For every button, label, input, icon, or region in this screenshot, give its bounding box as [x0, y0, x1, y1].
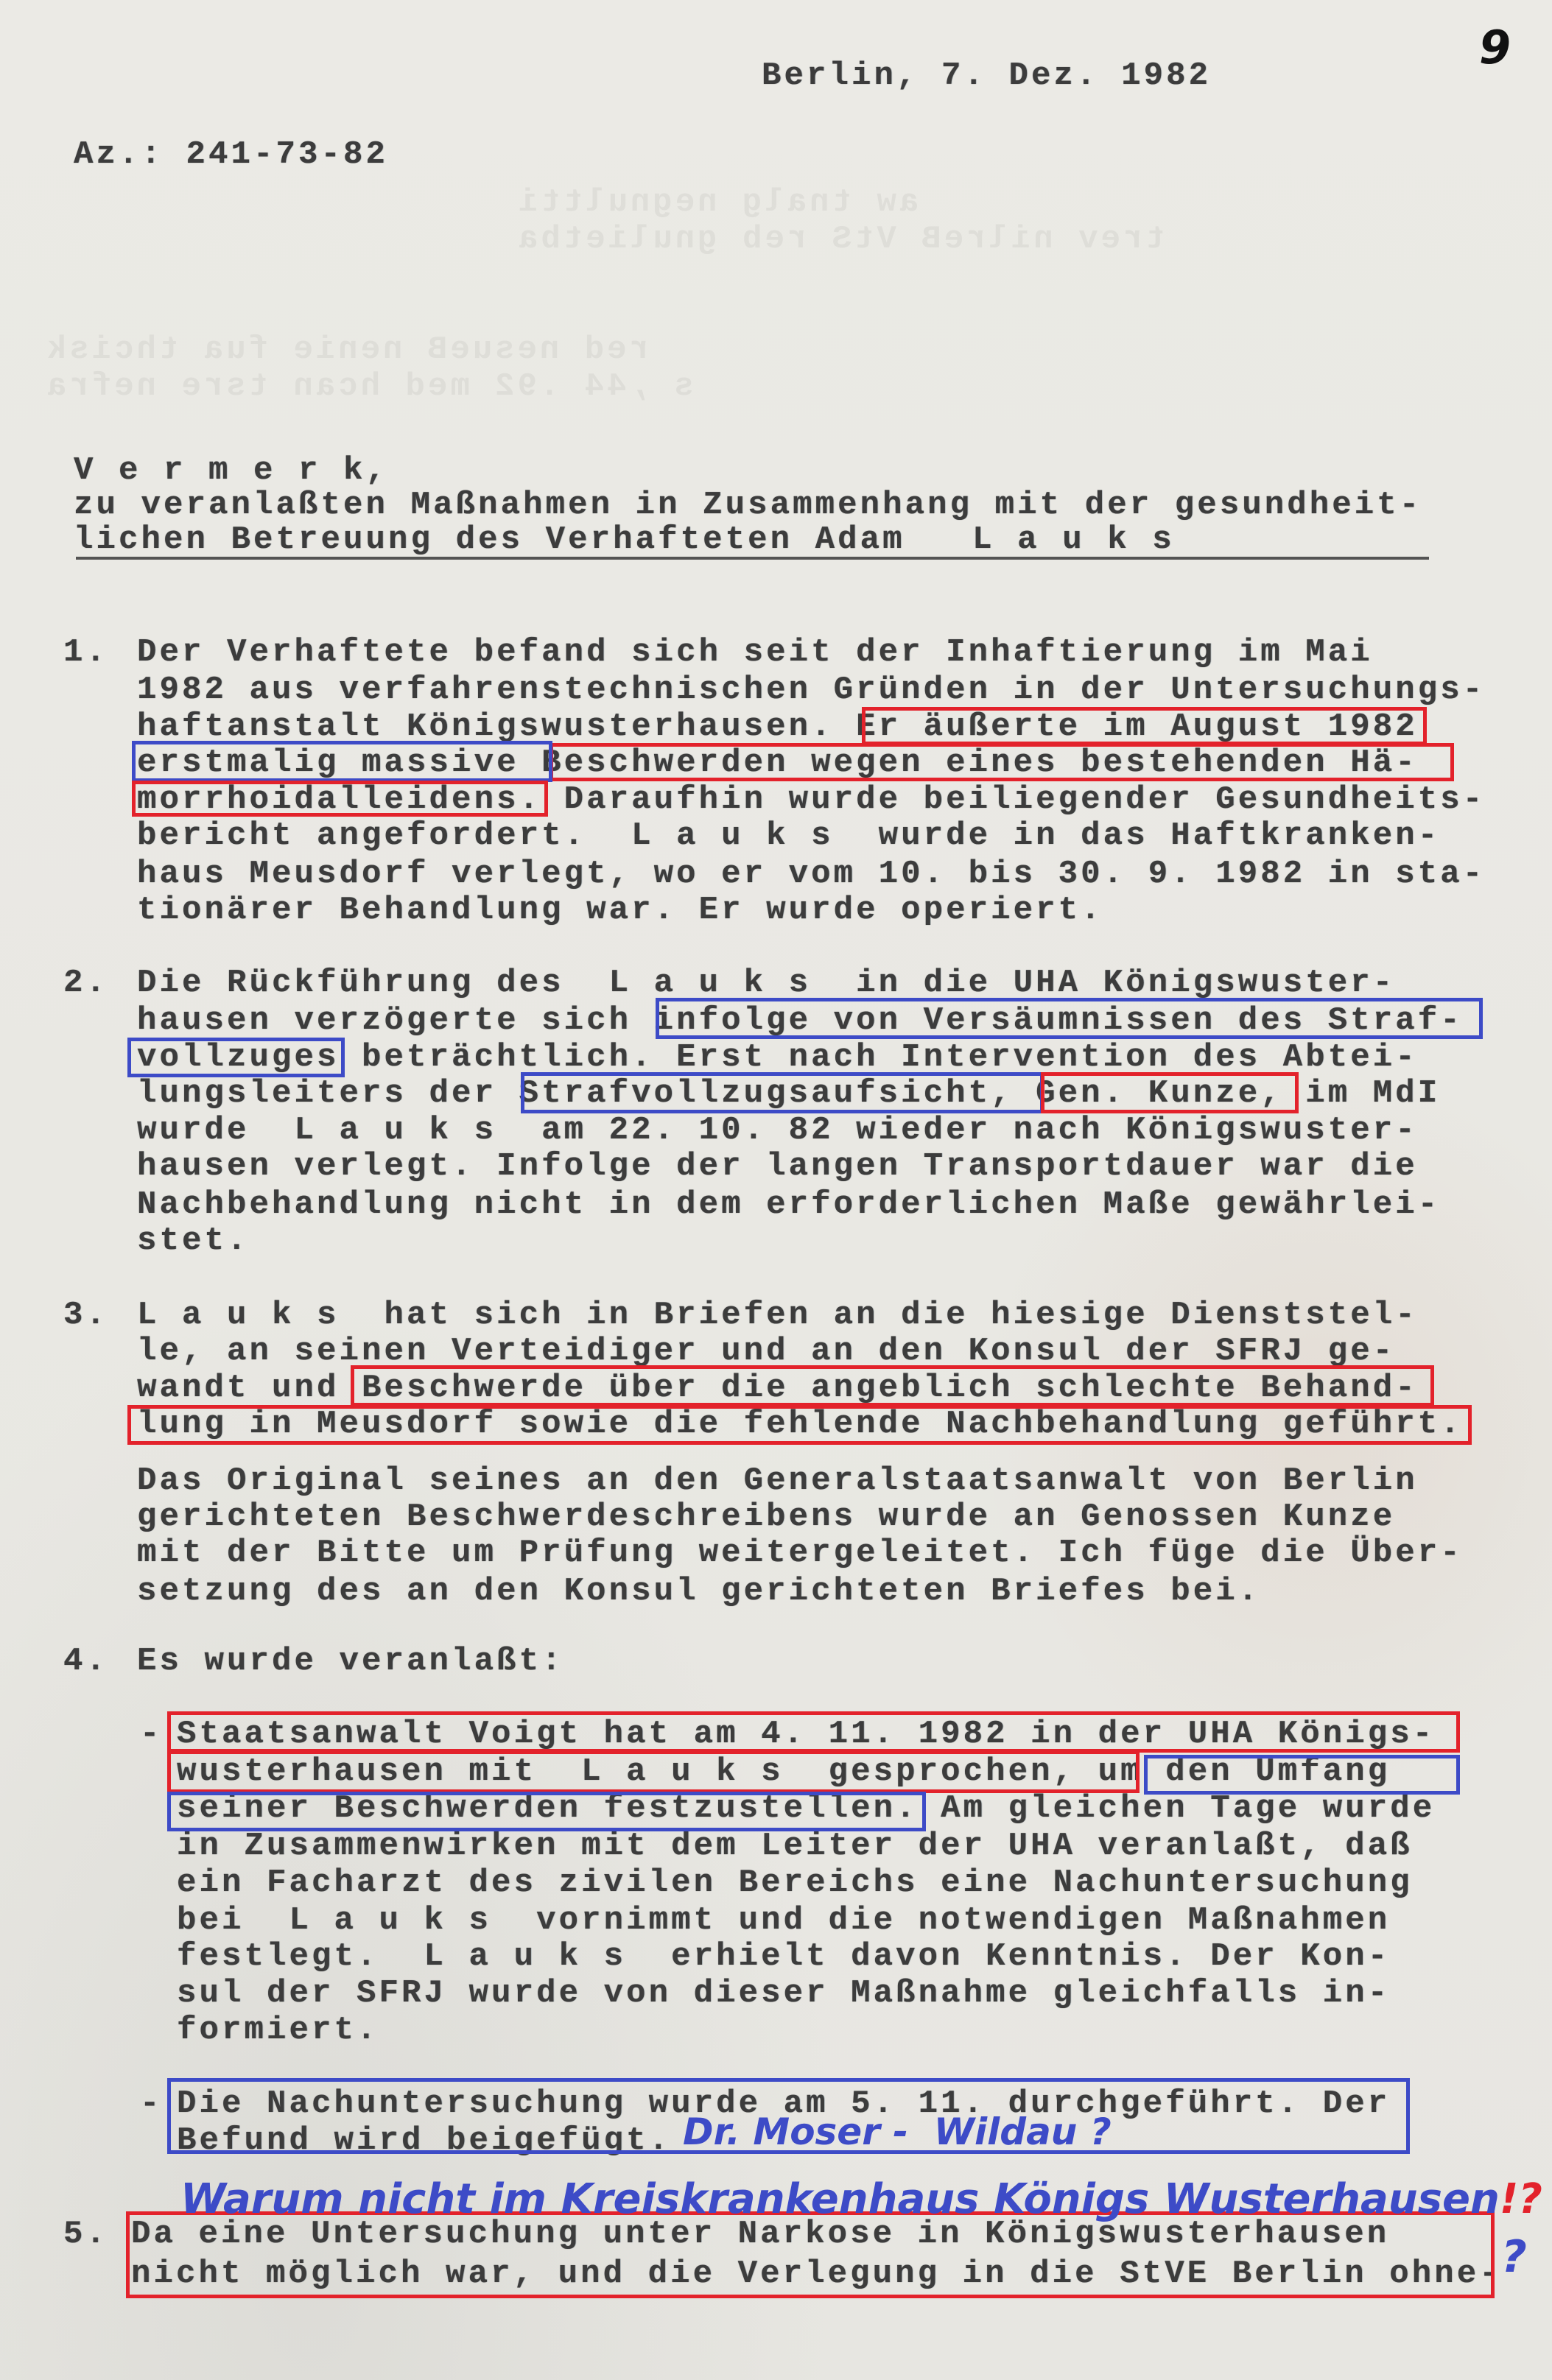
section-3-continuation-line: mit der Bitte um Prüfung weitergeleitet.… — [137, 1535, 1463, 1571]
bleed-through-text: aw tnalg negnultti — [516, 184, 919, 221]
highlight-box-blue — [167, 1792, 926, 1831]
annotation-question: Warum nicht im Kreiskrankenhaus Königs W… — [175, 2162, 1542, 2223]
annotation-question-mark: ? — [1518, 2175, 1542, 2223]
section-2-line: Nachbehandlung nicht in dem erforderlich… — [137, 1186, 1440, 1223]
document-subtitle-line: lichen Betreuung des Verhafteten Adam L … — [74, 521, 1175, 558]
highlight-box-red — [549, 743, 1454, 781]
page-number: 9 — [1479, 21, 1511, 74]
highlight-box-red — [167, 1711, 1460, 1753]
section-3-continuation-line: setzung des an den Konsul gerichteten Br… — [137, 1573, 1260, 1610]
bleed-through-text: red nesueB nenie fua thcisk — [44, 331, 649, 368]
section-number: 1. — [63, 634, 108, 671]
document-heading: V e r m e r k, — [74, 452, 388, 489]
section-1-line: 1982 aus verfahrenstechnischen Gründen i… — [137, 672, 1485, 708]
bullet-marker: - — [140, 2085, 163, 2122]
section-3-continuation-line: gerichteten Beschwerdeschreibens wurde a… — [137, 1499, 1395, 1535]
document-date: Berlin, 7. Dez. 1982 — [762, 57, 1211, 94]
section-number: 4. — [63, 1643, 108, 1680]
highlight-box-blue — [1144, 1755, 1460, 1795]
section-number: 3. — [63, 1297, 108, 1334]
section-4-bullet-1-line: ein Facharzt des zivilen Bereichs eine N… — [177, 1865, 1413, 1901]
section-1-line: haus Meusdorf verlegt, wo er vom 10. bis… — [137, 856, 1485, 892]
section-2-line: hausen verlegt. Infolge der langen Trans… — [137, 1148, 1418, 1185]
section-3-continuation-line: Das Original seines an den Generalstaats… — [137, 1462, 1418, 1499]
section-1-line: Der Verhaftete befand sich seit der Inha… — [137, 634, 1373, 671]
section-2-line: stet. — [137, 1222, 250, 1259]
highlight-box-red — [167, 1750, 1140, 1793]
section-2-line: Die Rückführung des L a u k s in die UHA… — [137, 965, 1395, 1001]
highlight-box-blue — [132, 741, 552, 782]
highlight-box-red — [127, 1405, 1472, 1445]
highlight-box-red — [126, 2211, 1495, 2298]
bleed-through-text: s ,44 .92 med hcan tsre nefra — [44, 368, 694, 405]
annotation-exclamation: ! — [1500, 2175, 1519, 2223]
section-number: 2. — [63, 965, 108, 1001]
section-4-bullet-1-line: bei L a u k s vornimmt und die notwendig… — [177, 1902, 1390, 1939]
section-number: 5. — [63, 2216, 108, 2253]
section-4-bullet-1-line: in Zusammenwirken mit dem Leiter der UHA… — [177, 1828, 1413, 1865]
highlight-box-red — [351, 1365, 1434, 1406]
annotation-side-question-mark: ? — [1501, 2231, 1527, 2283]
section-4-bullet-1-line: sul der SFRJ wurde von dieser Maßnahme g… — [177, 1975, 1390, 2012]
section-1-line: bericht angefordert. L a u k s wurde in … — [137, 817, 1440, 854]
title-underline — [76, 557, 1429, 560]
annotation-doctor: Dr. Moser - Wildau ? — [683, 2110, 1112, 2153]
bullet-marker: - — [140, 1716, 163, 1753]
section-4-bullet-1-line: festlegt. L a u k s erhielt davon Kenntn… — [177, 1938, 1390, 1975]
highlight-box-red — [862, 707, 1427, 745]
section-2-line: wurde L a u k s am 22. 10. 82 wieder nac… — [137, 1112, 1418, 1149]
bleed-through-text: trev nilreB VtS reb gnulietba — [516, 221, 1165, 258]
highlight-box-red — [1041, 1072, 1299, 1113]
reference-number: Az.: 241-73-82 — [74, 136, 388, 173]
section-4-heading: Es wurde veranlaßt: — [137, 1643, 564, 1680]
highlight-box-red — [132, 781, 548, 817]
section-1-line: tionärer Behandlung war. Er wurde operie… — [137, 892, 1103, 929]
highlight-box-blue — [127, 1038, 345, 1077]
section-3-line: le, an seinen Verteidiger und an den Kon… — [137, 1333, 1395, 1370]
highlight-box-blue — [521, 1072, 1044, 1113]
document-subtitle-line: zu veranlaßten Maßnahmen in Zusammenhang… — [74, 487, 1422, 524]
section-4-bullet-1-line: formiert. — [177, 2012, 379, 2049]
section-3-line: L a u k s hat sich in Briefen an die hie… — [137, 1297, 1418, 1334]
highlight-box-blue — [656, 998, 1483, 1039]
annotation-question-text: Warum nicht im Kreiskrankenhaus Königs W… — [180, 2175, 1500, 2223]
